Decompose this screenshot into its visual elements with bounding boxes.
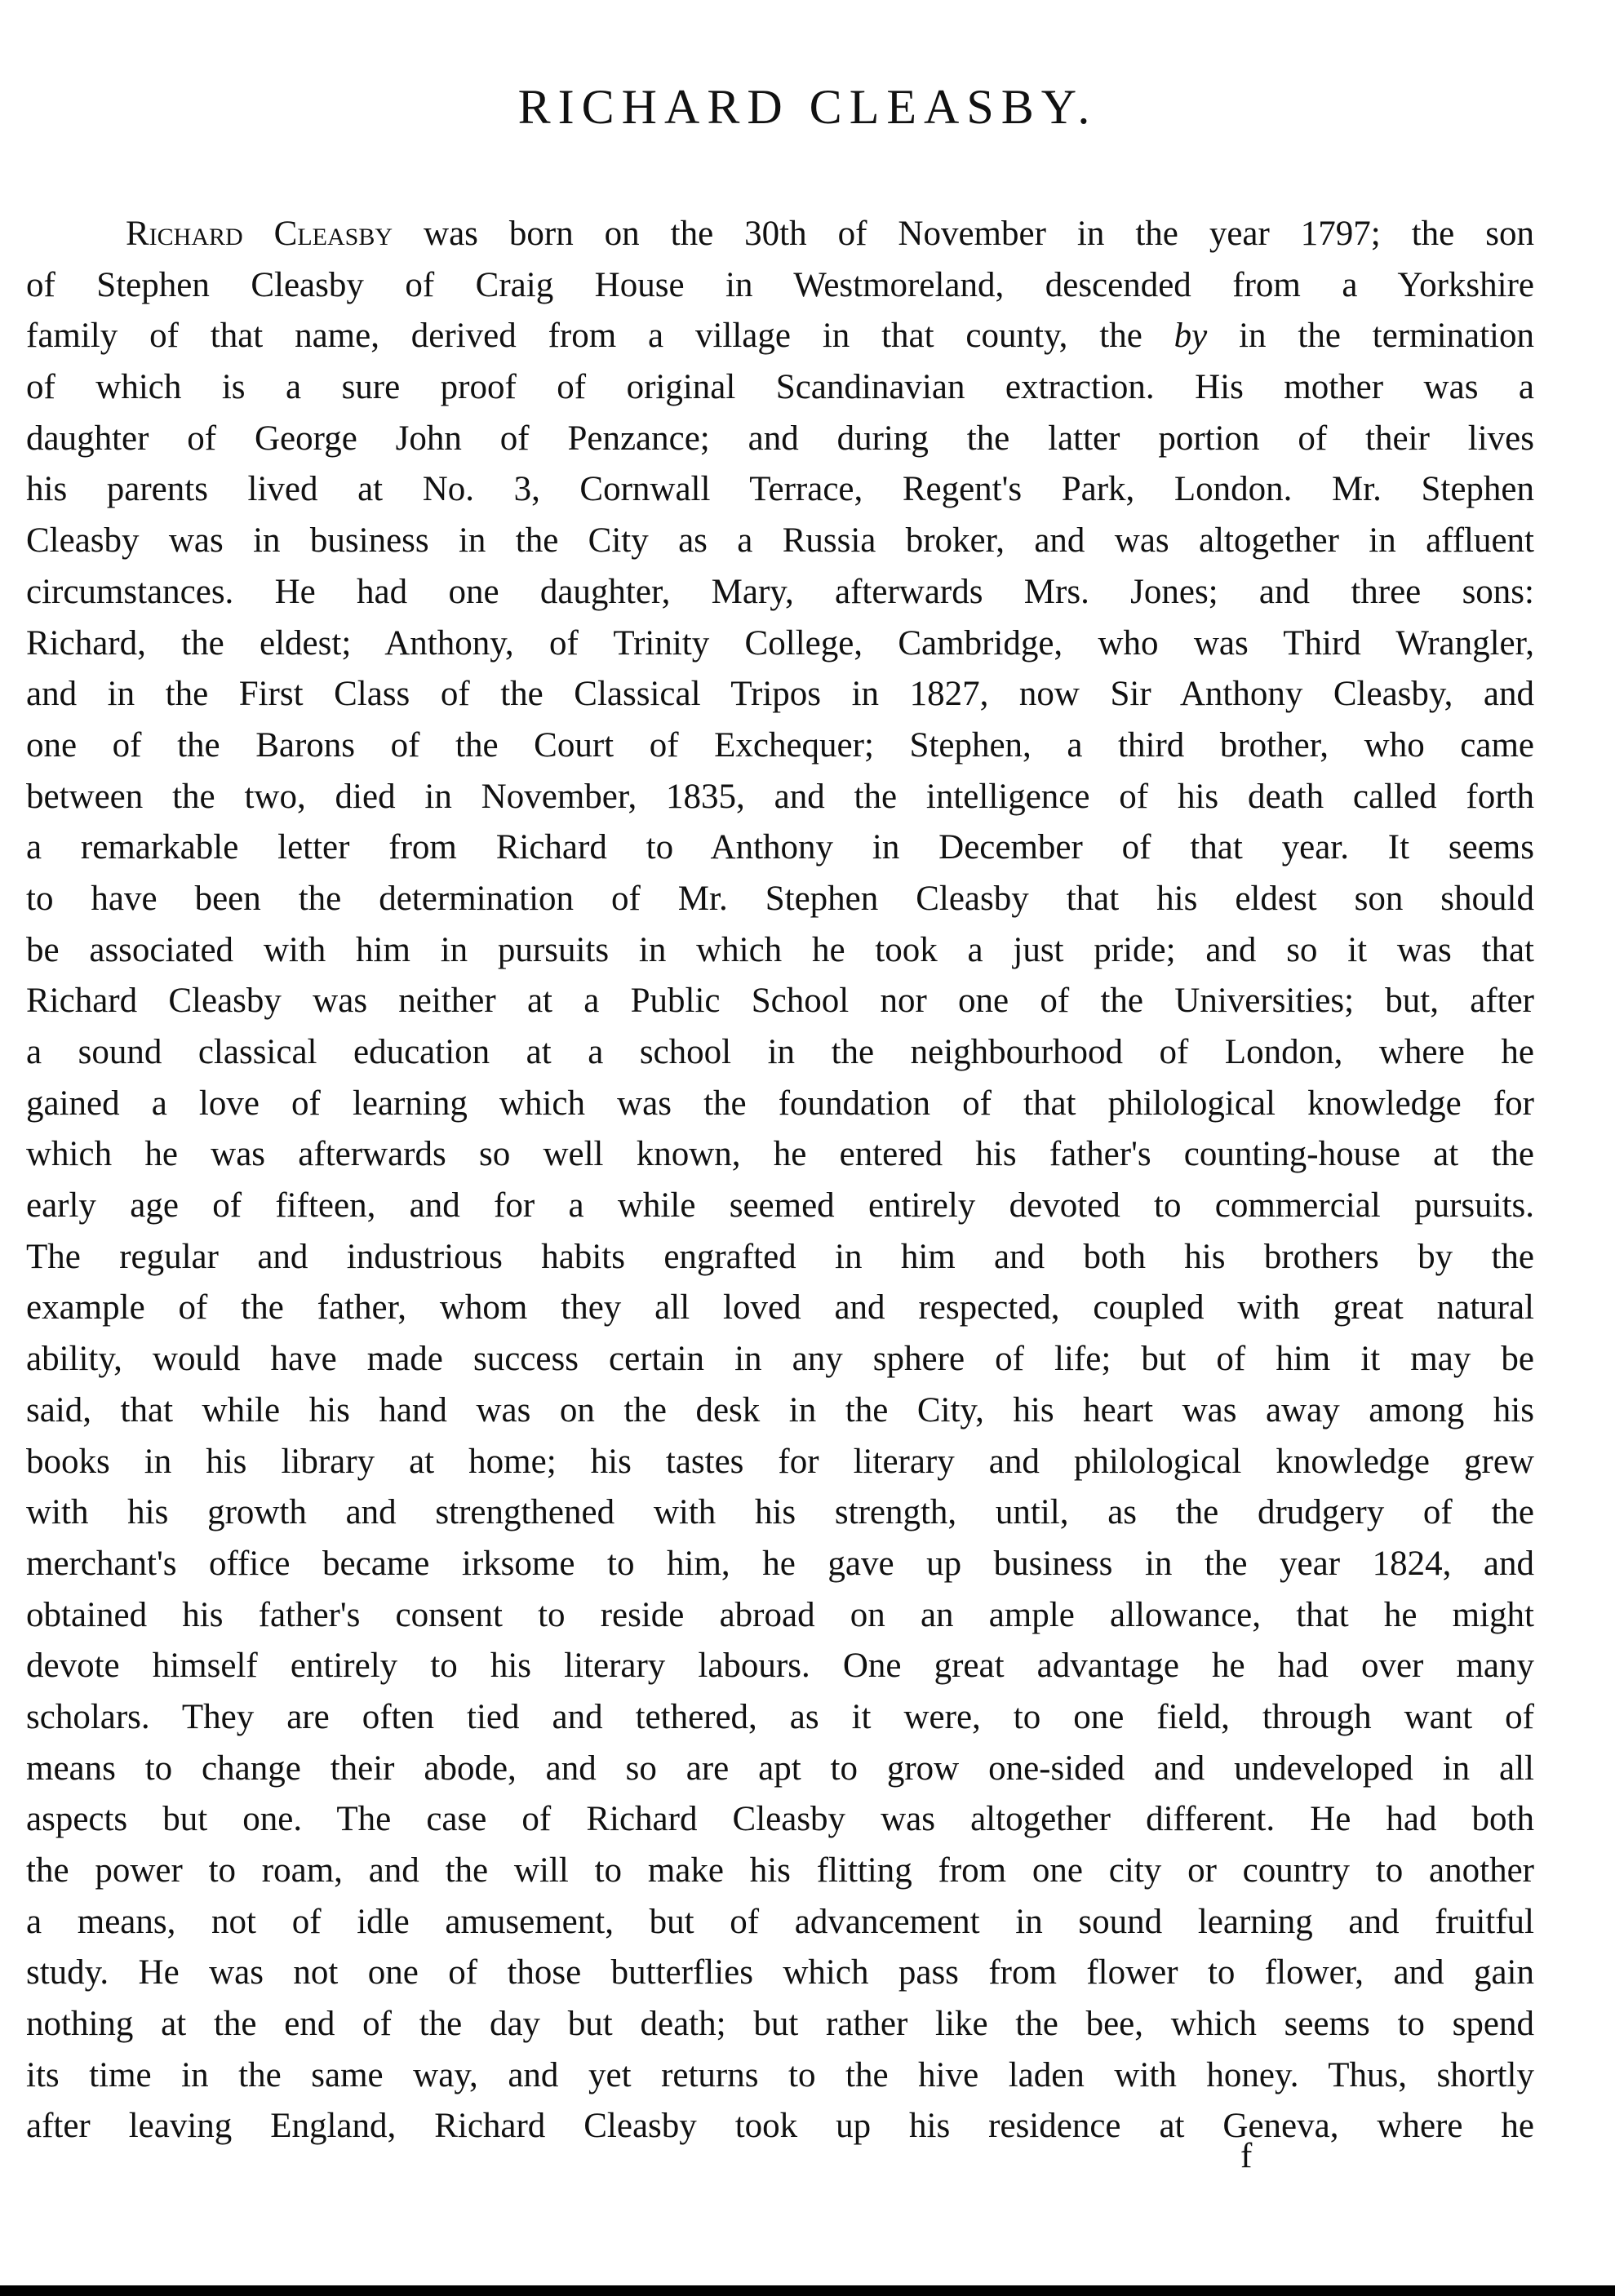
text-line: scholars. They are often tied and tether… <box>26 1692 1534 1744</box>
text-line: Cleasby was in business in the City as a… <box>26 516 1534 567</box>
text-line: between the two, died in November, 1835,… <box>26 772 1534 823</box>
text-line: Richard, the eldest; Anthony, of Trinity… <box>26 618 1534 670</box>
text-line: said, that while his hand was on the des… <box>26 1385 1534 1437</box>
text-line: example of the father, whom they all lov… <box>26 1283 1534 1334</box>
text-line: daughter of George John of Penzance; and… <box>26 414 1534 465</box>
text-line: gained a love of learning which was the … <box>26 1079 1534 1130</box>
text-line: which he was afterwards so well known, h… <box>26 1129 1534 1181</box>
text-line: devote himself entirely to his literary … <box>26 1641 1534 1692</box>
page-title: RICHARD CLEASBY. <box>0 78 1615 135</box>
text-line: Richard Cleasby was neither at a Public … <box>26 976 1534 1027</box>
text-line: a means, not of idle amusement, but of a… <box>26 1897 1534 1948</box>
text-line: his parents lived at No. 3, Cornwall Ter… <box>26 464 1534 516</box>
text-line: early age of fifteen, and for a while se… <box>26 1181 1534 1232</box>
text-line: a sound classical education at a school … <box>26 1027 1534 1079</box>
text-line: nothing at the end of the day but death;… <box>26 1999 1534 2050</box>
text-line: Richard Cleasby was born on the 30th of … <box>26 209 1534 260</box>
text-line: and in the First Class of the Classical … <box>26 669 1534 720</box>
text-line: of which is a sure proof of original Sca… <box>26 362 1534 414</box>
text-line: with his growth and strengthened with hi… <box>26 1487 1534 1539</box>
text-line: The regular and industrious habits engra… <box>26 1232 1534 1283</box>
text-line: obtained his father's consent to reside … <box>26 1590 1534 1642</box>
text-line: its time in the same way, and yet return… <box>26 2050 1534 2102</box>
text-line: family of that name, derived from a vill… <box>26 311 1534 362</box>
text-line: books in his library at home; his tastes… <box>26 1437 1534 1488</box>
text-line: of Stephen Cleasby of Craig House in Wes… <box>26 260 1534 312</box>
body-text: Richard Cleasby was born on the 30th of … <box>26 209 1534 2152</box>
scan-edge-bar <box>0 2285 1615 2296</box>
text-line: a remarkable letter from Richard to Anth… <box>26 822 1534 874</box>
text-line: be associated with him in pursuits in wh… <box>26 925 1534 977</box>
text-line: to have been the determination of Mr. St… <box>26 874 1534 925</box>
signature-mark: f <box>1240 2136 1252 2176</box>
text-line: one of the Barons of the Court of Excheq… <box>26 720 1534 772</box>
text-line: circumstances. He had one daughter, Mary… <box>26 567 1534 618</box>
text-line: after leaving England, Richard Cleasby t… <box>26 2101 1534 2152</box>
text-line: means to change their abode, and so are … <box>26 1744 1534 1795</box>
text-line: the power to roam, and the will to make … <box>26 1846 1534 1897</box>
text-line: study. He was not one of those butterfli… <box>26 1948 1534 1999</box>
text-line: merchant's office became irksome to him,… <box>26 1539 1534 1590</box>
lead-smallcaps: Richard Cleasby <box>126 215 393 253</box>
text-line: aspects but one. The case of Richard Cle… <box>26 1794 1534 1846</box>
text-line: ability, would have made success certain… <box>26 1334 1534 1385</box>
